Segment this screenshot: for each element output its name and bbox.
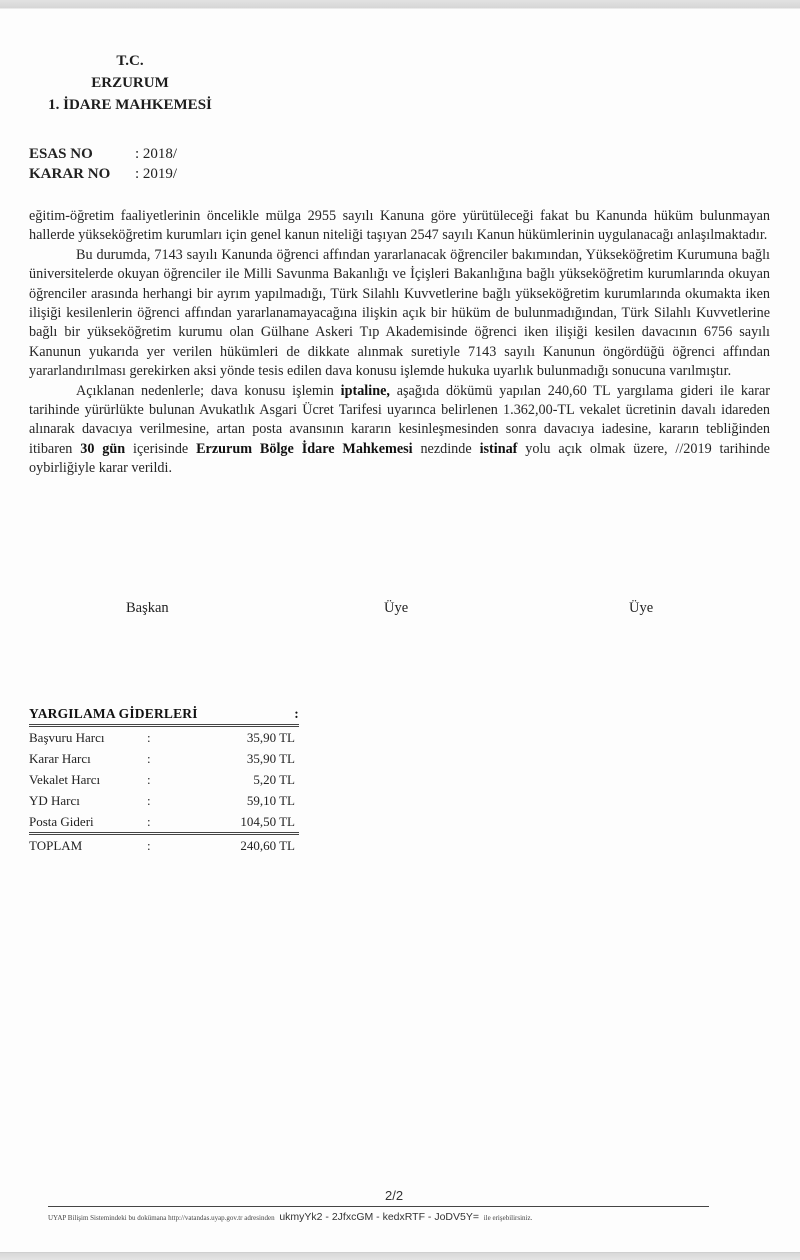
page-number: 2/2	[385, 1188, 403, 1203]
signature-uye-2: Üye	[629, 600, 653, 617]
court-header: T.C. ERZURUM 1. İDARE MAHKEMESİ	[30, 50, 230, 116]
total-value: 240,60 TL	[197, 835, 299, 856]
table-row: YD Harcı : 59,10 TL	[29, 790, 299, 811]
footer-verification: UYAP Bilişim Sistemindeki bu dokümana ht…	[48, 1210, 748, 1225]
expense-colon: :	[147, 727, 197, 748]
expense-colon: :	[147, 811, 197, 832]
table-row: Başvuru Harcı : 35,90 TL	[29, 727, 299, 748]
decision-body: eğitim-öğretim faaliyetlerinin öncelikle…	[29, 207, 770, 479]
signature-baskan: Başkan	[126, 600, 169, 617]
expense-value: 104,50 TL	[197, 811, 299, 832]
expense-label: Vekalet Harcı	[29, 769, 147, 790]
karar-no-row: KARAR NO : 2019/	[29, 164, 177, 184]
total-label: TOPLAM	[29, 835, 147, 856]
p3-text-e: içerisinde	[125, 441, 196, 457]
karar-no-value: : 2019/	[135, 164, 177, 184]
expenses-title-colon: :	[294, 706, 299, 722]
table-row: Vekalet Harcı : 5,20 TL	[29, 769, 299, 790]
expense-value: 5,20 TL	[197, 769, 299, 790]
expenses-table: YARGILAMA GİDERLERİ : Başvuru Harcı : 35…	[29, 706, 299, 856]
table-row: Karar Harcı : 35,90 TL	[29, 748, 299, 769]
header-city: ERZURUM	[30, 72, 230, 94]
p3-text-a: Açıklanan nedenlerle; dava konusu işlemi…	[76, 383, 341, 399]
expense-label: YD Harcı	[29, 790, 147, 811]
table-row: Posta Gideri : 104,50 TL	[29, 811, 299, 832]
esas-no-row: ESAS NO : 2018/	[29, 144, 177, 164]
expense-label: Posta Gideri	[29, 811, 147, 832]
expense-value: 35,90 TL	[197, 727, 299, 748]
header-tc: T.C.	[30, 50, 230, 72]
esas-no-value: : 2018/	[135, 144, 177, 164]
p3-bold-iptaline: iptaline,	[341, 383, 390, 399]
expenses-title: YARGILAMA GİDERLERİ	[29, 706, 198, 722]
p3-bold-istinaf: istinaf	[480, 441, 518, 457]
expense-colon: :	[147, 748, 197, 769]
header-court: 1. İDARE MAHKEMESİ	[30, 94, 230, 116]
p3-bold-30-gun: 30 gün	[80, 441, 125, 457]
karar-no-label: KARAR NO	[29, 164, 135, 184]
esas-no-label: ESAS NO	[29, 144, 135, 164]
p3-bold-court: Erzurum Bölge İdare Mahkemesi	[196, 441, 412, 457]
expense-colon: :	[147, 790, 197, 811]
total-colon: :	[147, 835, 197, 856]
footer-text-after: ile erişebilirsiniz.	[484, 1214, 533, 1222]
viewer-bottom-edge	[0, 1252, 800, 1260]
expense-colon: :	[147, 769, 197, 790]
paragraph-2: Bu durumda, 7143 sayılı Kanunda öğrenci …	[29, 246, 770, 382]
verification-code: ukmyYk2 - 2JfxcGM - kedxRTF - JoDV5Y=	[279, 1211, 479, 1223]
expense-label: Başvuru Harcı	[29, 727, 147, 748]
paragraph-3: Açıklanan nedenlerle; dava konusu işlemi…	[29, 382, 770, 479]
expense-label: Karar Harcı	[29, 748, 147, 769]
footer-divider	[48, 1206, 709, 1207]
footer-text-before: UYAP Bilişim Sistemindeki bu dokümana ht…	[48, 1214, 275, 1222]
expenses-title-row: YARGILAMA GİDERLERİ :	[29, 706, 299, 727]
paragraph-1: eğitim-öğretim faaliyetlerinin öncelikle…	[29, 207, 770, 246]
viewer-top-edge	[0, 0, 800, 9]
case-numbers: ESAS NO : 2018/ KARAR NO : 2019/	[29, 144, 177, 184]
expenses-rows: Başvuru Harcı : 35,90 TL Karar Harcı : 3…	[29, 727, 299, 835]
expense-value: 35,90 TL	[197, 748, 299, 769]
expenses-total-row: TOPLAM : 240,60 TL	[29, 835, 299, 856]
signature-uye-1: Üye	[384, 600, 408, 617]
p3-text-g: nezdinde	[413, 441, 480, 457]
expense-value: 59,10 TL	[197, 790, 299, 811]
